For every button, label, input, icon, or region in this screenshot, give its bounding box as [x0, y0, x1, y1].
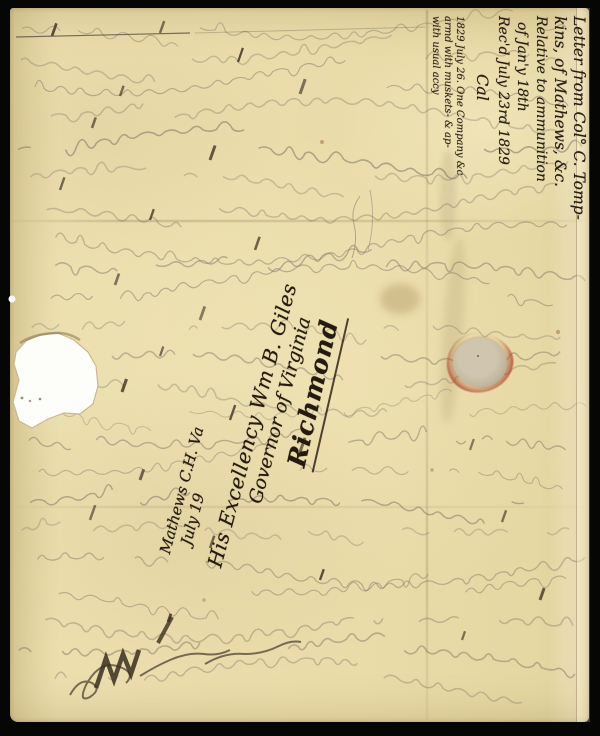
docket-note-line: 1829 July 26. One Company &c	[453, 16, 465, 248]
scan-background: Letter from Col° C. Tomp- kins, of Mathe…	[0, 0, 600, 736]
docket-clerk-mark: Cal	[472, 74, 492, 248]
docket-line: Relative to ammunition	[531, 16, 550, 248]
docket-note-line: with usual accy	[429, 16, 441, 248]
docket-line: Letter from Col° C. Tomp-	[569, 16, 588, 248]
docket-note-line: armd with muskets- & ap-	[441, 16, 453, 248]
wax-seal-speckles	[477, 355, 479, 357]
wax-seal	[447, 333, 513, 393]
docket-line: of Jan'y 18th	[512, 22, 531, 248]
wax-seal-core	[453, 338, 507, 387]
docket-received-line: Rec'd July 23rd 1829	[493, 16, 512, 248]
docket-line: kins, of Mathews, &c.	[550, 16, 569, 248]
